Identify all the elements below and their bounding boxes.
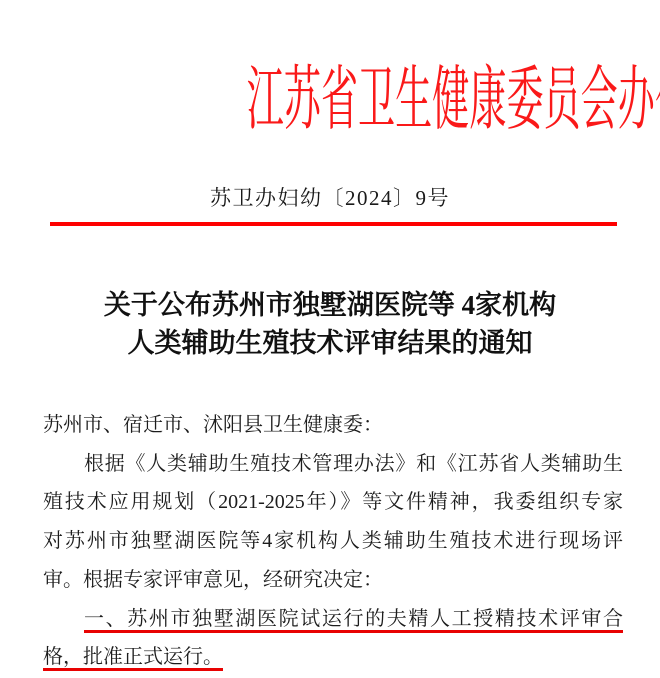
body-line: 根据《人类辅助生殖技术管理办法》和《江苏省人类辅助生	[43, 445, 623, 484]
official-document-page: 江苏省卫生健康委员会办公室文件 苏卫办妇幼〔2024〕9号 关于公布苏州市独墅湖…	[0, 0, 660, 678]
letterhead-org-title: 江苏省卫生健康委员会办公室文件	[247, 64, 660, 138]
document-body: 苏州市、宿迁市、沭阳县卫生健康委： 根据《人类辅助生殖技术管理办法》和《江苏省人…	[43, 406, 623, 677]
letterhead: 江苏省卫生健康委员会办公室文件	[0, 64, 660, 138]
body-line: 对苏州市独墅湖医院等4家机构人类辅助生殖技术进行现场评	[43, 522, 623, 561]
red-divider-line	[50, 222, 617, 226]
document-reference-number: 苏卫办妇幼〔2024〕9号	[0, 182, 660, 212]
body-line-salutation: 苏州市、宿迁市、沭阳县卫生健康委：	[43, 406, 623, 445]
body-line: 殖技术应用规划（2021-2025年）》等文件精神，我委组织专家	[43, 483, 623, 522]
document-title: 关于公布苏州市独墅湖医院等 4家机构 人类辅助生殖技术评审结果的通知	[0, 286, 660, 362]
body-line-decision-underlined: 格，批准正式运行。	[43, 638, 623, 677]
document-title-line1: 关于公布苏州市独墅湖医院等 4家机构	[0, 286, 660, 324]
document-title-line2: 人类辅助生殖技术评审结果的通知	[0, 324, 660, 362]
body-line: 审。根据专家评审意见，经研究决定：	[43, 561, 623, 600]
body-line-decision-underlined: 一、苏州市独墅湖医院试运行的夫精人工授精技术评审合	[43, 600, 623, 639]
